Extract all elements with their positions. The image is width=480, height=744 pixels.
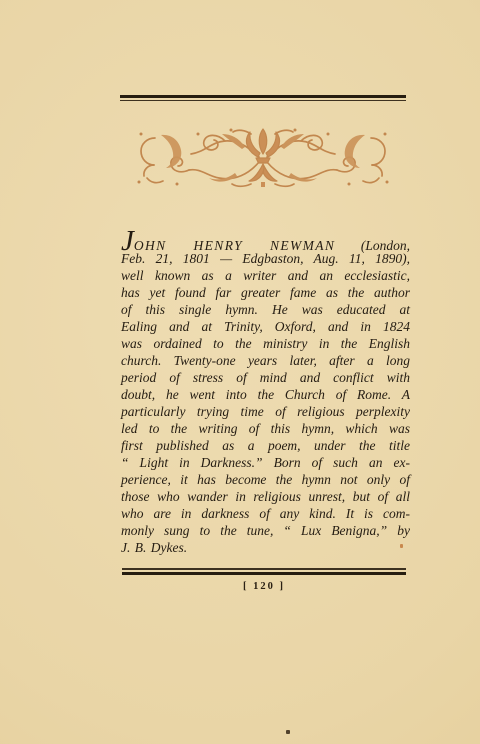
bottom-double-rule (122, 568, 406, 575)
top-double-rule (120, 95, 406, 101)
biography-paragraph: JOHN HENRY NEWMAN (London, Feb. 21, 1801… (121, 233, 410, 556)
text-line: Ealing and at Trinity, Oxford, and in 18… (121, 318, 410, 335)
scanned-book-page: { "page": { "number": "[ 120 ]" }, "para… (0, 0, 480, 744)
text-line: has yet found far greater fame as the au… (121, 284, 410, 301)
text-line: well known as a writer and an ecclesiast… (121, 267, 410, 284)
ink-speck (400, 544, 403, 548)
text-line: monly sung to the tune, “ Lux Benigna,” … (121, 522, 410, 539)
floral-ornament (135, 126, 391, 192)
text-line: perience, it has become the hymn not onl… (121, 471, 410, 488)
floral-scroll-icon (135, 126, 391, 192)
text-line: period of stress of mind and conflict wi… (121, 369, 410, 386)
text-line: particularly trying time of religious pe… (121, 403, 410, 420)
text-line: doubt, he went into the Church of Rome. … (121, 386, 410, 403)
text-line: Feb. 21, 1801 — Edgbaston, Aug. 11, 1890… (121, 250, 410, 267)
text-line: led to the writing of this hymn, which w… (121, 420, 410, 437)
rule-thin-line (120, 100, 406, 101)
text-line: was ordained to the ministry in the Engl… (121, 335, 410, 352)
text-line: church. Twenty-one years later, after a … (121, 352, 410, 369)
text-line: “ Light in Darkness.” Born of such an ex… (121, 454, 410, 471)
text-line: first published as a poem, under the tit… (121, 437, 410, 454)
text-line: who are in darkness of any kind. It is c… (121, 505, 410, 522)
text-line: J. B. Dykes. (121, 539, 410, 556)
text-line: of this single hymn. He was educated at (121, 301, 410, 318)
text-line: those who wander in religious unrest, bu… (121, 488, 410, 505)
ink-speck (286, 730, 290, 734)
page-number: [ 120 ] (122, 581, 406, 592)
text-line: JOHN HENRY NEWMAN (London, (121, 233, 410, 250)
rule-thick-line (122, 572, 406, 576)
